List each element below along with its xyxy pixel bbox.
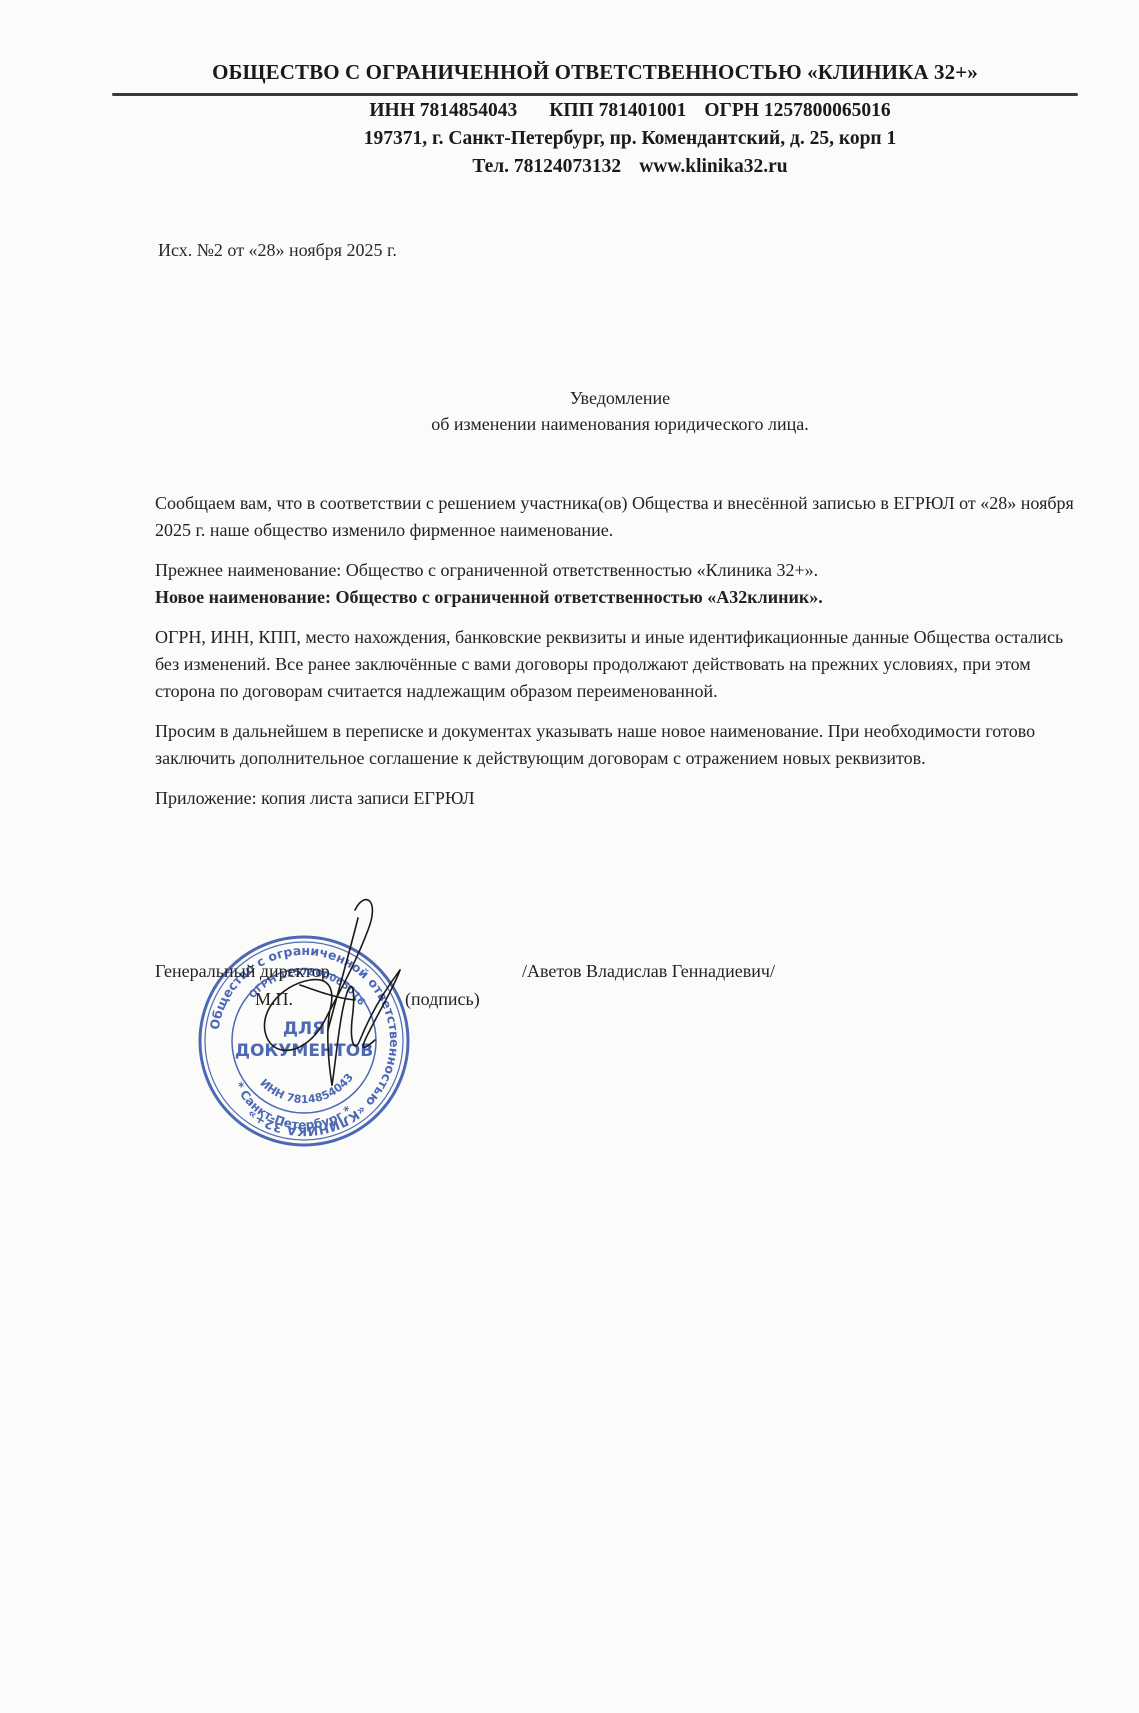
- signatory-role: Генеральный директор: [155, 958, 330, 985]
- letterhead-company-name: ОБЩЕСТВО С ОГРАНИЧЕННОЙ ОТВЕТСТВЕННОСТЬЮ…: [110, 60, 1080, 85]
- letter-body: Сообщаем вам, что в соответствии с решен…: [155, 490, 1085, 825]
- new-name: Новое наименование: Общество с ограничен…: [155, 587, 823, 607]
- paragraph-notification: Сообщаем вам, что в соответствии с решен…: [155, 490, 1085, 544]
- outgoing-reference: Исх. №2 от «28» ноября 2025 г.: [158, 240, 397, 261]
- letterhead-registration-line: ИНН 7814854043КПП 781401001ОГРН 12578000…: [180, 97, 1080, 125]
- stamp-place-label: М.П.: [255, 986, 293, 1013]
- letterhead-contact-line: Тел. 78124073132www.klinika32.ru: [180, 153, 1080, 181]
- document-title: Уведомление об изменении наименования юр…: [330, 385, 910, 437]
- signatory-name: /Аветов Владислав Геннадиевич/: [522, 958, 775, 985]
- document-title-line1: Уведомление: [330, 385, 910, 411]
- paragraph-request: Просим в дальнейшем в переписке и докуме…: [155, 718, 1085, 772]
- document-title-line2: об изменении наименования юридического л…: [330, 411, 910, 437]
- letterhead-inn: ИНН 7814854043: [369, 100, 517, 121]
- paragraph-unchanged-details: ОГРН, ИНН, КПП, место нахождения, банков…: [155, 624, 1085, 705]
- letterhead-kpp: КПП 781401001: [549, 100, 686, 121]
- letterhead-phone: Тел. 78124073132: [472, 156, 621, 177]
- previous-name: Прежнее наименование: Общество с огранич…: [155, 560, 818, 580]
- letter-page: ОБЩЕСТВО С ОГРАНИЧЕННОЙ ОТВЕТСТВЕННОСТЬЮ…: [0, 0, 1139, 1713]
- signature-label: (подпись): [405, 986, 480, 1013]
- letterhead-website: www.klinika32.ru: [639, 156, 787, 177]
- letterhead-ogrn: ОГРН 1257800065016: [704, 100, 890, 121]
- letterhead-divider: [112, 93, 1078, 96]
- letterhead-address: 197371, г. Санкт-Петербург, пр. Комендан…: [180, 125, 1080, 153]
- paragraph-names: Прежнее наименование: Общество с огранич…: [155, 557, 1085, 611]
- letterhead-details: ИНН 7814854043КПП 781401001ОГРН 12578000…: [180, 97, 1080, 181]
- attachment-note: Приложение: копия листа записи ЕГРЮЛ: [155, 785, 1085, 812]
